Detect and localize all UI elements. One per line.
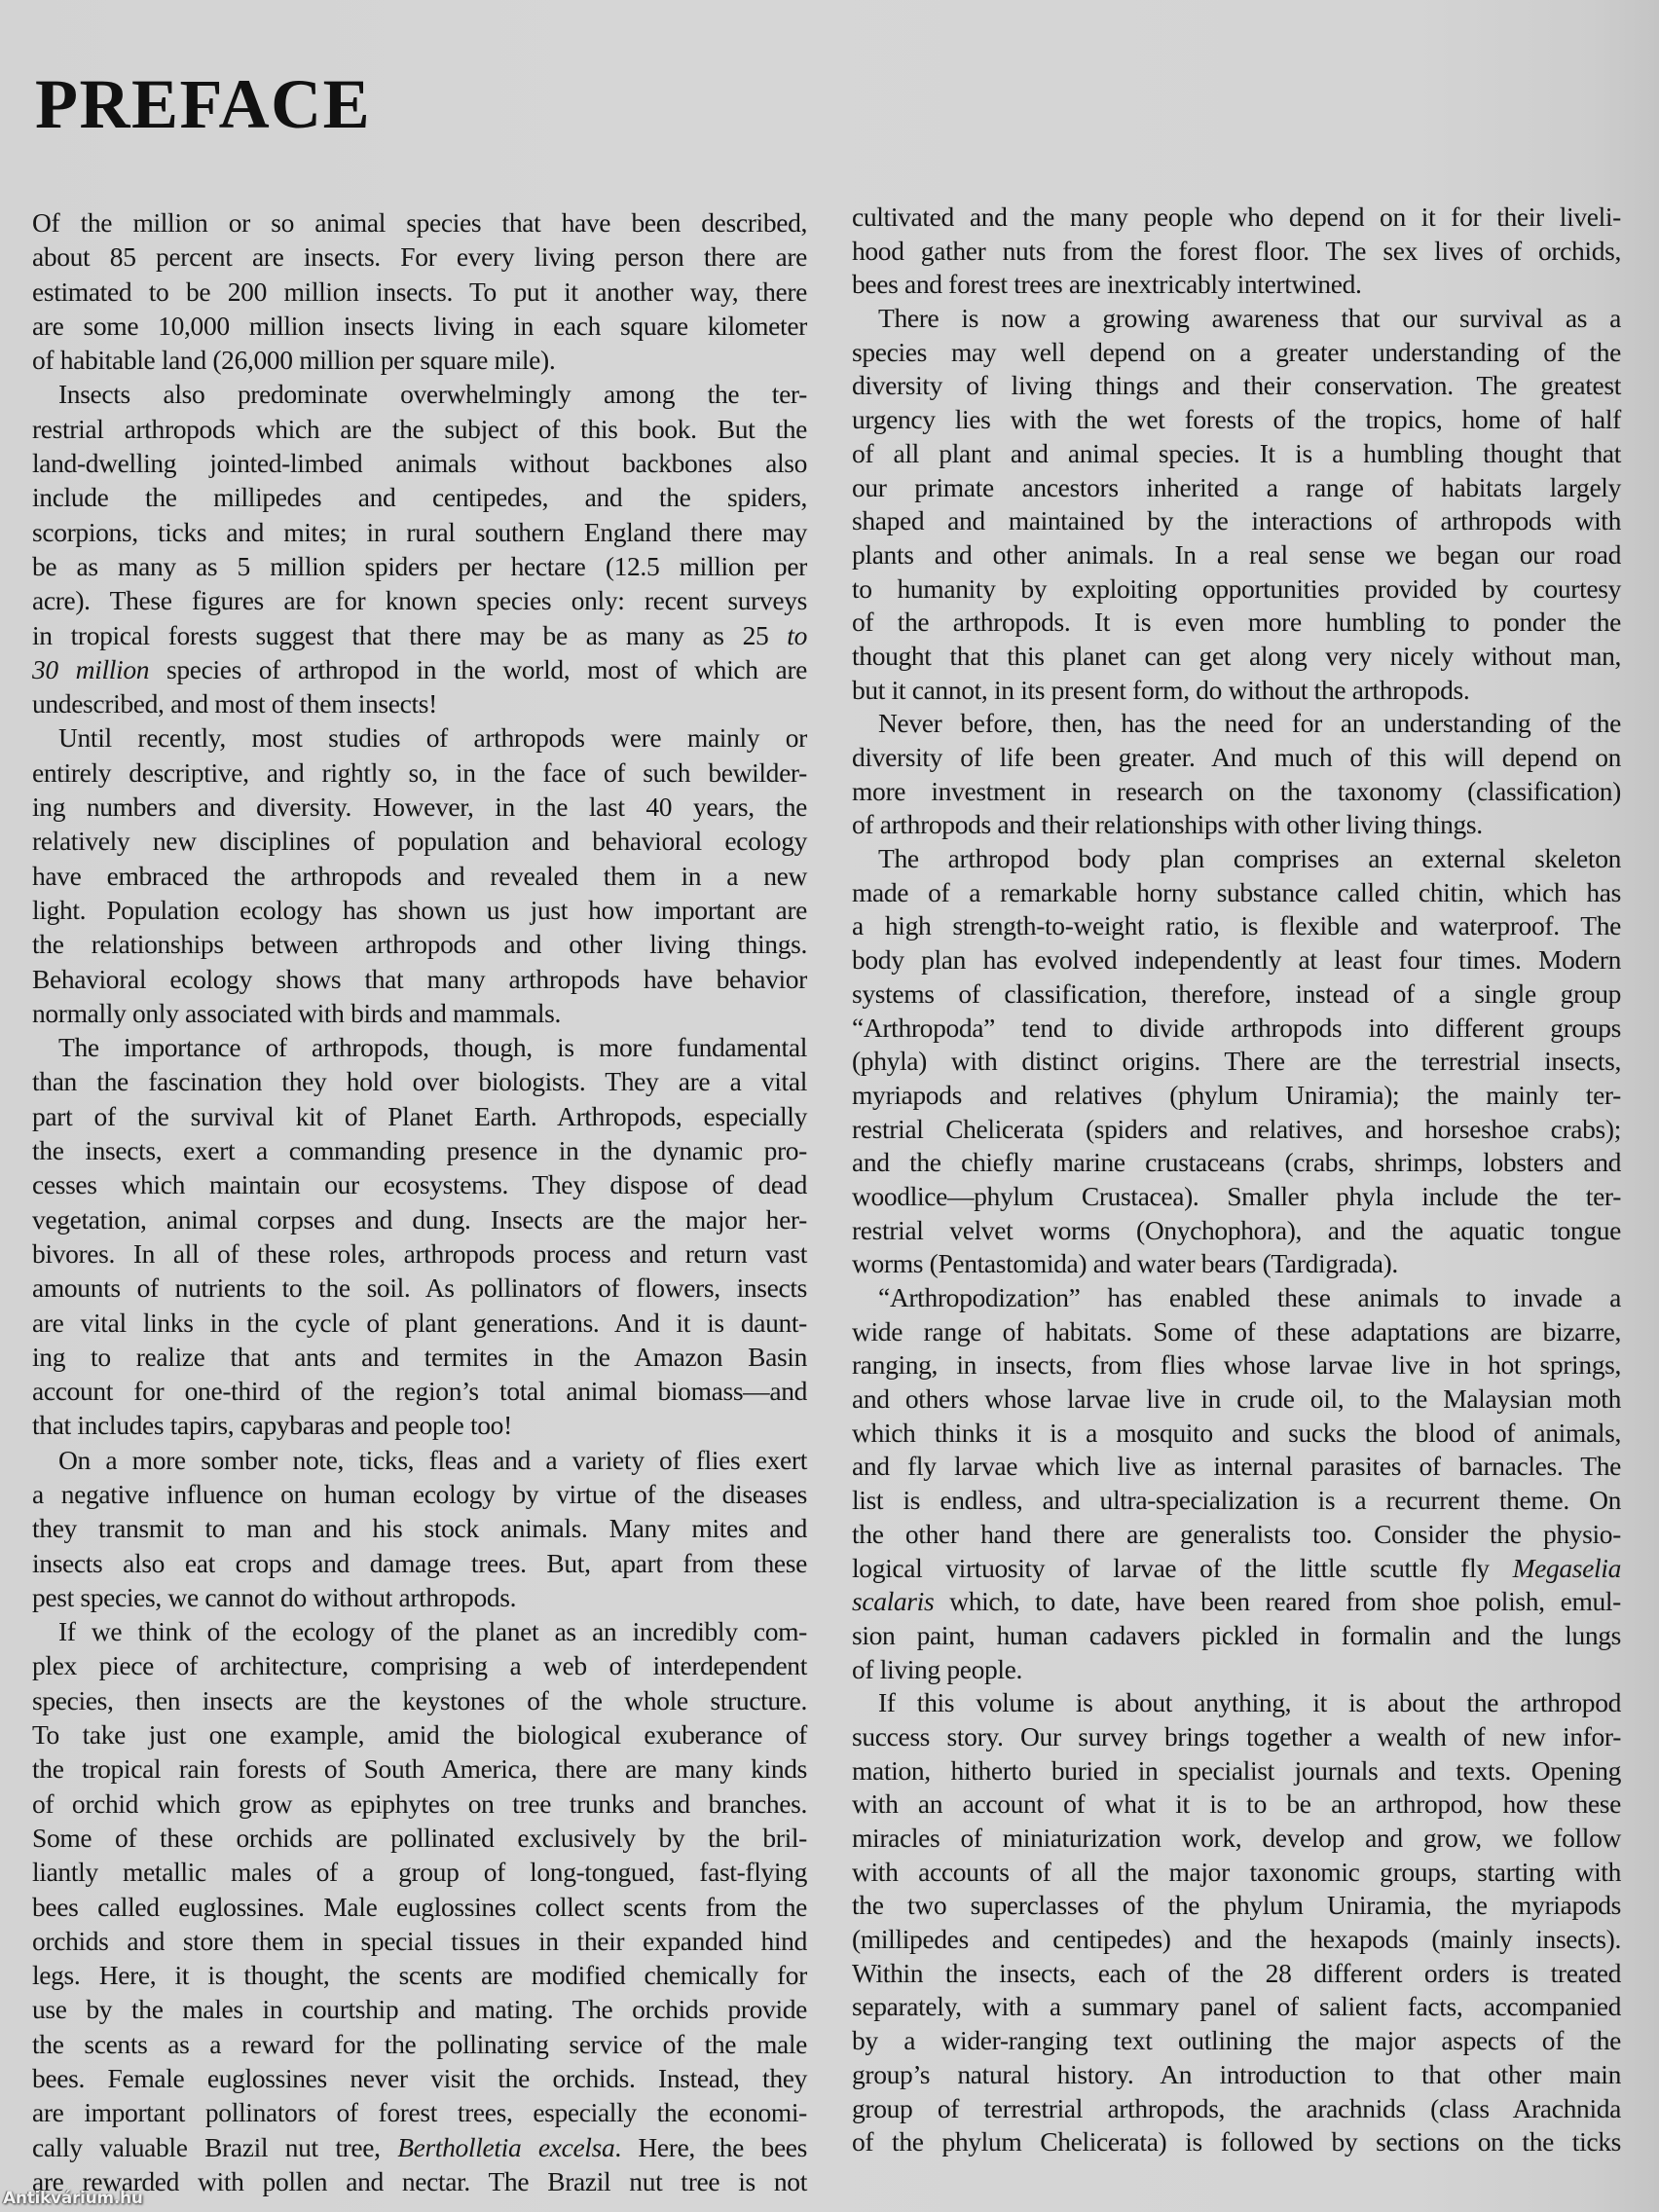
line-text: To take just one example, amid the biolo… [32,1719,807,1750]
text-line: of the phylum Chelicerata) is followed b… [852,2125,1621,2159]
text-line: liantly metallic males of a group of lon… [32,1855,807,1889]
text-line: diversity of life been greater. And much… [852,741,1621,775]
line-text: of the phylum Chelicerata) is followed b… [852,2126,1621,2157]
text-line: more investment in research on the taxon… [852,775,1621,809]
text-line: (phyla) with distinct origins. There are… [852,1045,1621,1079]
text-line: species may well depend on a greater und… [852,336,1621,370]
line-text: species, then insects are the keystones … [32,1685,807,1715]
text-line: have embraced the arthropods and reveale… [32,859,807,893]
text-line: There is now a growing awareness that ou… [852,302,1621,336]
text-line: Of the million or so animal species that… [32,205,807,240]
line-text: include the millipedes and centipedes, a… [32,482,807,512]
line-text: scorpions, ticks and mites; in rural sou… [32,517,807,547]
text-line: If this volume is about anything, it is … [852,1686,1621,1720]
line-text: and the chiefly marine crustaceans (crab… [852,1147,1621,1177]
line-text: vegetation, animal corpses and dung. Ins… [32,1204,807,1235]
line-text: ing numbers and diversity. However, in t… [32,792,807,822]
text-line: than the fascination they hold over biol… [32,1064,807,1098]
line-text: group’s natural history. An introduction… [852,2059,1621,2089]
text-line: pest species, we cannot do without arthr… [32,1580,807,1614]
line-text: of all plant and animal species. It is a… [852,438,1621,468]
line-text: Never before, then, has the need for an … [878,708,1621,738]
text-line: estimated to be 200 million insects. To … [32,275,807,309]
text-line: restrial Chelicerata (spiders and relati… [852,1113,1621,1147]
line-text: entirely descriptive, and rightly so, in… [32,757,807,788]
line-text: diversity of life been greater. And much… [852,742,1621,772]
text-line: normally only associated with birds and … [32,996,807,1030]
line-text: cultivated and the many people who depen… [852,202,1621,232]
line-text: mation, hitherto buried in specialist jo… [852,1755,1621,1786]
text-line: with accounts of all the major taxonomic… [852,1856,1621,1890]
line-text: are vital links in the cycle of plant ge… [32,1308,807,1338]
line-text: restrial Chelicerata (spiders and relati… [852,1114,1621,1144]
text-line: bees called euglossines. Male euglossine… [32,1890,807,1924]
text-line: by a wider-ranging text outlining the ma… [852,2024,1621,2058]
line-text: they transmit to man and his stock anima… [32,1513,807,1543]
line-text: have embraced the arthropods and reveale… [32,861,807,891]
text-line: The arthropod body plan comprises an ext… [852,842,1621,876]
line-text: more investment in research on the taxon… [852,776,1621,806]
text-line: amounts of nutrients to the soil. As pol… [32,1271,807,1305]
line-text: Some of these orchids are pollinated exc… [32,1823,807,1853]
text-line: miracles of miniaturization work, develo… [852,1822,1621,1856]
text-line: sion paint, human cadavers pickled in fo… [852,1619,1621,1653]
text-line: account for one-third of the region’s to… [32,1374,807,1408]
line-text: of habitable land (26,000 million per sq… [32,345,555,375]
text-line: bivores. In all of these roles, arthropo… [32,1236,807,1271]
line-text: and others whose larvae live in crude oi… [852,1383,1621,1414]
line-text: of living people. [852,1654,1022,1684]
line-text: ing to realize that ants and termites in… [32,1342,807,1372]
text-line: plex piece of architecture, comprising a… [32,1648,807,1682]
text-line: be as many as 5 million spiders per hect… [32,549,807,583]
line-text: If we think of the ecology of the planet… [58,1616,807,1646]
line-text: Within the insects, each of the 28 diffe… [852,1958,1621,1988]
text-line: the relationships between arthropods and… [32,927,807,961]
line-text: separately, with a summary panel of sali… [852,1991,1621,2021]
line-text: liantly metallic males of a group of lon… [32,1857,807,1887]
text-line: restrial arthropods which are the subjec… [32,412,807,446]
line-text: land-dwelling jointed-limbed animals wit… [32,448,807,478]
text-line: insects also eat crops and damage trees.… [32,1546,807,1580]
text-line: include the millipedes and centipedes, a… [32,480,807,514]
line-text: to humanity by exploiting opportunities … [852,573,1621,604]
line-text: Insects also predominate overwhelmingly … [58,379,807,409]
line-text: systems of classification, therefore, in… [852,978,1621,1009]
text-line: urgency lies with the wet forests of the… [852,403,1621,437]
text-line: diversity of living things and their con… [852,369,1621,403]
line-text: body plan has evolved independently at l… [852,944,1621,975]
line-text: acre). These figures are for known speci… [32,585,807,615]
line-text: plex piece of architecture, comprising a… [32,1650,807,1680]
text-line: To take just one example, amid the biolo… [32,1717,807,1751]
line-text: are some 10,000 million insects living i… [32,311,807,341]
line-text: Of the million or so animal species that… [32,207,807,238]
text-line: of habitable land (26,000 million per sq… [32,343,807,377]
text-line: ing numbers and diversity. However, in t… [32,790,807,824]
line-text: thought that this planet can get along v… [852,641,1621,671]
text-line: the other hand there are generalists too… [852,1518,1621,1552]
line-text: light. Population ecology has shown us j… [32,895,807,925]
text-line: Within the insects, each of the 28 diffe… [852,1957,1621,1991]
line-text: account for one-third of the region’s to… [32,1376,807,1406]
italic-text: Megaselia [1513,1553,1621,1583]
line-text: and fly larvae which live as internal pa… [852,1451,1621,1481]
text-line: “Arthropoda” tend to divide arthropods i… [852,1012,1621,1046]
line-text: be as many as 5 million spiders per hect… [32,551,807,581]
line-text: “Arthropodization” has enabled these ani… [878,1282,1621,1312]
text-line: restrial velvet worms (Onychophora), and… [852,1214,1621,1248]
line-text: the other hand there are generalists too… [852,1519,1621,1549]
line-text: made of a remarkable horny substance cal… [852,877,1621,907]
text-line: of all plant and animal species. It is a… [852,437,1621,471]
line-text: bees. Female euglossines never visit the… [32,2063,807,2093]
line-text: logical virtuosity of larvae of the litt… [852,1553,1513,1583]
line-text: restrial velvet worms (Onychophora), and… [852,1215,1621,1245]
text-line: of living people. [852,1653,1621,1687]
text-line: wide range of habitats. Some of these ad… [852,1315,1621,1349]
line-text: wide range of habitats. Some of these ad… [852,1316,1621,1346]
line-text: urgency lies with the wet forests of the… [852,404,1621,434]
line-text: plants and other animals. In a real sens… [852,539,1621,570]
line-text: are rewarded with pollen and nectar. The… [32,2166,807,2196]
text-line: The importance of arthropods, though, is… [32,1030,807,1064]
line-text: myriapods and relatives (phylum Uniramia… [852,1080,1621,1110]
text-line: group’s natural history. An introduction… [852,2058,1621,2092]
line-text: Behavioral ecology shows that many arthr… [32,964,807,994]
line-text: woodlice—phylum Crustacea). Smaller phyl… [852,1181,1621,1211]
line-text: in tropical forests suggest that there m… [32,620,787,650]
text-line: and fly larvae which live as internal pa… [852,1450,1621,1484]
text-line: and others whose larvae live in crude oi… [852,1382,1621,1417]
line-text: group of terrestrial arthropods, the ara… [852,2093,1621,2123]
line-text: the scents as a reward for the pollinati… [32,2029,807,2059]
text-line: are important pollinators of forest tree… [32,2095,807,2129]
line-text: are important pollinators of forest tree… [32,2097,807,2127]
text-line: thought that this planet can get along v… [852,640,1621,674]
text-line: the scents as a reward for the pollinati… [32,2027,807,2061]
text-line: with an account of what it is to be an a… [852,1788,1621,1822]
line-text: list is endless, and ultra-specializatio… [852,1485,1621,1515]
line-text: of orchid which grow as epiphytes on tre… [32,1788,807,1819]
line-text: normally only associated with birds and … [32,998,561,1028]
text-line: and the chiefly marine crustaceans (crab… [852,1146,1621,1180]
text-line: mation, hitherto buried in specialist jo… [852,1754,1621,1788]
text-line: but it cannot, in its present form, do w… [852,674,1621,708]
text-line: a negative influence on human ecology by… [32,1477,807,1511]
line-text: bees called euglossines. Male euglossine… [32,1892,807,1922]
line-text: relatively new disciplines of population… [32,826,807,856]
text-line: they transmit to man and his stock anima… [32,1511,807,1545]
text-line: a high strength-to-weight ratio, is flex… [852,909,1621,943]
text-line: success story. Our survey brings togethe… [852,1720,1621,1754]
line-text: If this volume is about anything, it is … [878,1687,1621,1717]
text-line: about 85 percent are insects. For every … [32,240,807,274]
line-text: the tropical rain forests of South Ameri… [32,1753,807,1784]
line-text: the two superclasses of the phylum Unira… [852,1890,1621,1920]
text-line: the tropical rain forests of South Ameri… [32,1751,807,1786]
line-text: undescribed, and most of them insects! [32,688,437,719]
line-text: The importance of arthropods, though, is… [58,1032,807,1062]
text-line: the insects, exert a commanding presence… [32,1133,807,1167]
line-text: shaped and maintained by the interaction… [852,505,1621,535]
text-line: Some of these orchids are pollinated exc… [32,1821,807,1855]
text-line: ranging, in insects, from flies whose la… [852,1348,1621,1382]
text-column-left: Of the million or so animal species that… [32,205,807,2198]
line-text: amounts of nutrients to the soil. As pol… [32,1272,807,1303]
text-line: (millipedes and centipedes) and the hexa… [852,1923,1621,1957]
line-text: miracles of miniaturization work, develo… [852,1823,1621,1853]
line-text: . Here, the bees [614,2132,807,2162]
text-line: in tropical forests suggest that there m… [32,618,807,652]
line-text: species may well depend on a greater und… [852,337,1621,367]
line-text: a high strength-to-weight ratio, is flex… [852,910,1621,940]
line-text: cally valuable Brazil nut tree, [32,2132,397,2162]
line-text: the relationships between arthropods and… [32,929,807,959]
line-text: (millipedes and centipedes) and the hexa… [852,1924,1621,1954]
text-line: Insects also predominate overwhelmingly … [32,377,807,411]
line-text: with an account of what it is to be an a… [852,1788,1621,1819]
text-column-right: cultivated and the many people who depen… [852,201,1621,2159]
line-text: There is now a growing awareness that ou… [878,303,1621,333]
text-line: of orchid which grow as epiphytes on tre… [32,1787,807,1821]
line-text: ranging, in insects, from flies whose la… [852,1349,1621,1380]
line-text: Until recently, most studies of arthropo… [58,722,807,753]
text-line: ing to realize that ants and termites in… [32,1340,807,1374]
line-text: legs. Here, it is thought, the scents ar… [32,1960,807,1990]
text-line: vegetation, animal corpses and dung. Ins… [32,1202,807,1236]
line-text: which thinks it is a mosquito and sucks … [852,1418,1621,1448]
line-text: than the fascination they hold over biol… [32,1066,807,1096]
line-text: The arthropod body plan comprises an ext… [878,843,1621,873]
text-line: are some 10,000 million insects living i… [32,309,807,343]
line-text: estimated to be 200 million insects. To … [32,276,807,307]
text-line: bees and forest trees are inextricably i… [852,268,1621,302]
text-line: light. Population ecology has shown us j… [32,893,807,927]
line-text: species of arthropod in the world, most … [149,654,807,684]
text-line: use by the males in courtship and mating… [32,1992,807,2026]
text-line: legs. Here, it is thought, the scents ar… [32,1958,807,1992]
text-line: On a more somber note, ticks, fleas and … [32,1443,807,1477]
line-text: a negative influence on human ecology by… [32,1479,807,1509]
line-text: cesses which maintain our ecosystems. Th… [32,1169,807,1199]
text-line: bees. Female euglossines never visit the… [32,2061,807,2095]
line-text: about 85 percent are insects. For every … [32,241,807,272]
text-line: undescribed, and most of them insects! [32,686,807,720]
text-line: cally valuable Brazil nut tree, Bertholl… [32,2130,807,2164]
text-line: of the arthropods. It is even more humbl… [852,606,1621,640]
text-line: relatively new disciplines of population… [32,824,807,858]
text-line: Until recently, most studies of arthropo… [32,720,807,755]
line-text: by a wider-ranging text outlining the ma… [852,2025,1621,2055]
text-line: acre). These figures are for known speci… [32,583,807,617]
line-text: success story. Our survey brings togethe… [852,1721,1621,1751]
line-text: bivores. In all of these roles, arthropo… [32,1238,807,1269]
line-text: pest species, we cannot do without arthr… [32,1582,516,1612]
line-text: orchids and store them in special tissue… [32,1926,807,1956]
text-line: made of a remarkable horny substance cal… [852,876,1621,910]
line-text: “Arthropoda” tend to divide arthropods i… [852,1013,1621,1043]
text-line: separately, with a summary panel of sali… [852,1990,1621,2024]
line-text: our primate ancestors inherited a range … [852,472,1621,502]
line-text: On a more somber note, ticks, fleas and … [58,1445,807,1475]
text-line: myriapods and relatives (phylum Uniramia… [852,1079,1621,1113]
line-text: of the arthropods. It is even more humbl… [852,607,1621,637]
line-text: part of the survival kit of Planet Earth… [32,1101,807,1131]
text-line: group of terrestrial arthropods, the ara… [852,2092,1621,2126]
text-line: of arthropods and their relationships wi… [852,808,1621,842]
line-text: use by the males in courtship and mating… [32,1994,807,2024]
text-line: to humanity by exploiting opportunities … [852,572,1621,607]
text-line: logical virtuosity of larvae of the litt… [852,1552,1621,1586]
text-line: our primate ancestors inherited a range … [852,471,1621,505]
text-line: worms (Pentastomida) and water bears (Ta… [852,1247,1621,1281]
text-line: that includes tapirs, capybaras and peop… [32,1408,807,1442]
text-line: cesses which maintain our ecosystems. Th… [32,1167,807,1201]
text-line: shaped and maintained by the interaction… [852,504,1621,538]
text-line: systems of classification, therefore, in… [852,977,1621,1012]
text-line: If we think of the ecology of the planet… [32,1614,807,1648]
line-text: hood gather nuts from the forest floor. … [852,236,1621,266]
line-text: of arthropods and their relationships wi… [852,809,1483,839]
line-text: worms (Pentastomida) and water bears (Ta… [852,1248,1398,1278]
text-line: list is endless, and ultra-specializatio… [852,1484,1621,1518]
line-text: (phyla) with distinct origins. There are… [852,1046,1621,1076]
italic-text: Bertholletia excelsa [397,2132,614,2162]
italic-text: to [787,620,807,650]
text-line: body plan has evolved independently at l… [852,943,1621,977]
line-text: the insects, exert a commanding presence… [32,1135,807,1165]
text-line: plants and other animals. In a real sens… [852,538,1621,572]
text-line: Behavioral ecology shows that many arthr… [32,962,807,996]
text-line: “Arthropodization” has enabled these ani… [852,1281,1621,1315]
text-line: orchids and store them in special tissue… [32,1924,807,1958]
text-line: hood gather nuts from the forest floor. … [852,235,1621,269]
line-text: restrial arthropods which are the subjec… [32,414,807,444]
line-text: with accounts of all the major taxonomic… [852,1857,1621,1887]
text-line: land-dwelling jointed-limbed animals wit… [32,446,807,480]
text-line: the two superclasses of the phylum Unira… [852,1889,1621,1923]
line-text: but it cannot, in its present form, do w… [852,675,1469,705]
line-text: bees and forest trees are inextricably i… [852,269,1362,299]
line-text: that includes tapirs, capybaras and peop… [32,1410,512,1440]
line-text: insects also eat crops and damage trees.… [32,1548,807,1578]
text-line: species, then insects are the keystones … [32,1683,807,1717]
text-line: woodlice—phylum Crustacea). Smaller phyl… [852,1180,1621,1214]
text-line: cultivated and the many people who depen… [852,201,1621,235]
text-line: are vital links in the cycle of plant ge… [32,1306,807,1340]
text-line: scorpions, ticks and mites; in rural sou… [32,515,807,549]
text-line: which thinks it is a mosquito and sucks … [852,1417,1621,1451]
text-line: entirely descriptive, and rightly so, in… [32,756,807,790]
text-line: are rewarded with pollen and nectar. The… [32,2164,807,2198]
page-title: PREFACE [35,60,371,148]
watermark: Antikvárium.hu [3,2189,143,2208]
text-line: 30 million species of arthropod in the w… [32,652,807,686]
line-text: which, to date, have been reared from sh… [934,1586,1621,1616]
text-line: scalaris which, to date, have been reare… [852,1585,1621,1619]
line-text: sion paint, human cadavers pickled in fo… [852,1620,1621,1650]
italic-text: 30 million [32,654,149,684]
line-text: diversity of living things and their con… [852,370,1621,400]
italic-text: scalaris [852,1586,934,1616]
text-line: Never before, then, has the need for an … [852,707,1621,741]
text-line: part of the survival kit of Planet Earth… [32,1099,807,1133]
